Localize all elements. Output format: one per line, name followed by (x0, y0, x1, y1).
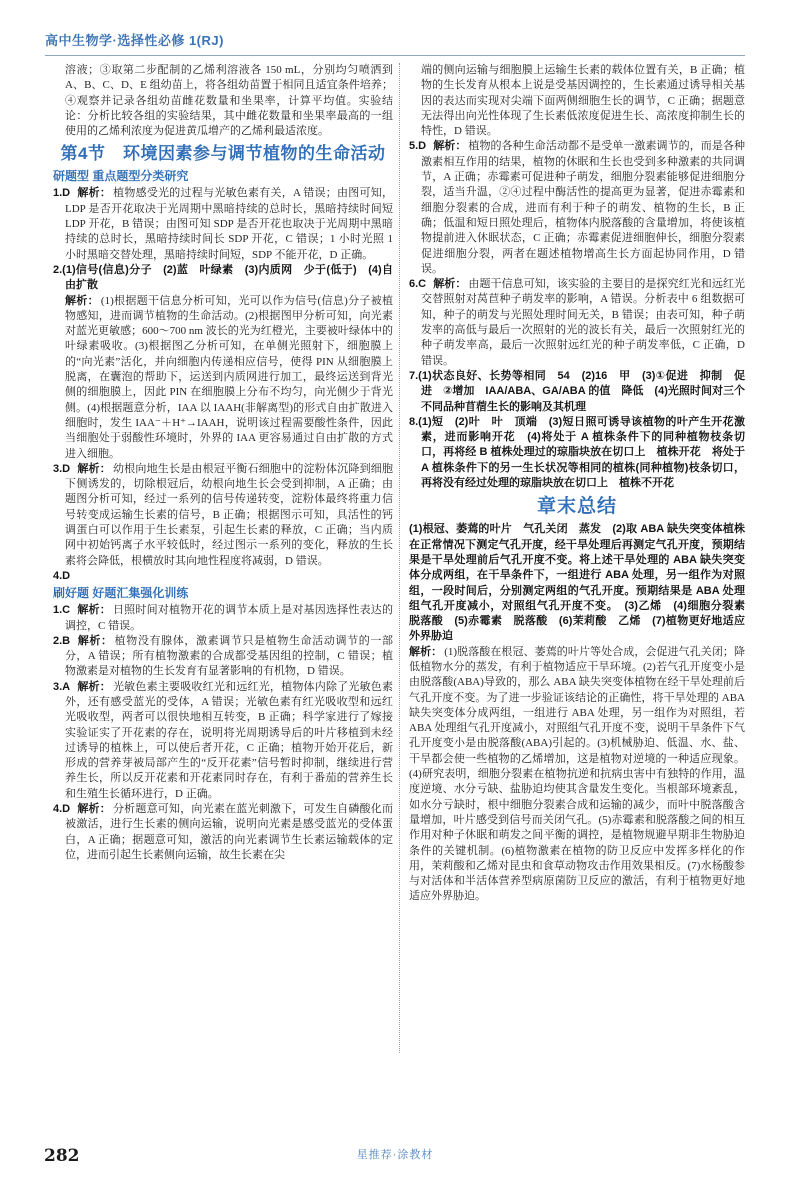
analysis-text: (1)根据题干信息分析可知，光可以作为信号(信息)分子被植物感知，进而调节植物的… (65, 295, 393, 460)
answer-head: 3.D (53, 463, 70, 475)
analysis-label: 解析： (409, 646, 442, 658)
answer-head: 8.(1)短 (2)叶 叶 顶端 (3)短日照可诱导该植物的叶产生开花激素，进而… (409, 416, 745, 489)
analysis-text: 植物感受光的过程与光敏色素有关，A 错误；由图可知，LDP 是否开花取决于光周期… (65, 187, 393, 260)
drill-item-2: 2.B解析：植物没有腺体，激素调节只是植物生命活动调节的一部分，A 错误；所有植… (53, 634, 393, 680)
analysis-text: 日照时间对植物开花的调节本质上是对基因选择性表达的调控，C 错误。 (65, 604, 393, 631)
footer-brand: 星推荐·涂教材 (0, 1146, 790, 1162)
section-title: 第4节 环境因素参与调节植物的生命活动 (53, 142, 393, 166)
continued-paragraph: 溶液；③取第二步配制的乙烯利溶液各 150 mL，分别均匀喷洒到 A、B、C、D… (53, 63, 393, 139)
subheading-yan-tixing: 研题型 重点题型分类研究 (53, 168, 393, 185)
analysis-text: 植物没有腺体，激素调节只是植物生命活动调节的一部分，A 错误；所有植物激素的合成… (65, 635, 393, 678)
answer-head: 5.D (409, 140, 426, 152)
analysis-label: 解析： (433, 140, 466, 152)
drill-item-7: 7.(1)状态良好、长势等相同 54 (2)16 甲 (3)①促进 抑制 促进 … (409, 369, 745, 415)
summary-analysis: 解析：(1)脱落酸在根冠、萎蔫的叶片等处合成，会促进气孔关闭；降低植物水分的蒸发… (409, 645, 745, 905)
answer-head: 1.C (53, 604, 70, 616)
analysis-text: 光敏色素主要吸收红光和远红光，植物体内除了光敏色素外，还有感受蓝光的受体，A 错… (65, 681, 393, 800)
answer-head: 6.C (409, 278, 426, 290)
analysis-label: 解析： (77, 681, 111, 693)
analysis-label: 解析： (433, 278, 466, 290)
answer-item-3: 3.D解析：幼根向地生长是由根冠平衡石细胞中的淀粉体沉降到细胞下侧诱发的，切除根… (53, 462, 393, 569)
textbook-page: 高中生物学·选择性必修 1(RJ) 溶液；③取第二步配制的乙烯利溶液各 150 … (0, 0, 790, 1192)
drill-item-6: 6.C解析：由题干信息可知，该实验的主要目的是探究红光和远红光交替照射对莴苣种子… (409, 277, 745, 369)
analysis-label: 解析： (77, 463, 111, 475)
drill-item-1: 1.C解析：日照时间对植物开花的调节本质上是对基因选择性表达的调控，C 错误。 (53, 603, 393, 634)
analysis-label: 解析： (77, 187, 111, 199)
analysis-text: 分析题意可知，向光素在蓝光刺激下，可发生自磷酸化而被激活，进行生长素的侧向运输，… (65, 803, 393, 861)
drill-item-3: 3.A解析：光敏色素主要吸收红光和远红光，植物体内除了光敏色素外，还有感受蓝光的… (53, 680, 393, 802)
left-column: 溶液；③取第二步配制的乙烯利溶液各 150 mL，分别均匀喷洒到 A、B、C、D… (53, 63, 400, 1053)
subheading-shua-haoti: 刷好题 好题汇集强化训练 (53, 585, 393, 602)
summary-answers: (1)根冠、萎蔫的叶片 气孔关闭 蒸发 (2)取 ABA 缺失突变体植株在正常情… (409, 522, 745, 644)
analysis-label: 解析： (65, 295, 99, 307)
header-rule (45, 55, 745, 56)
analysis-text: 植物的各种生命活动都不是受单一激素调节的，而是各种激素相互作用的结果，植物的休眠… (421, 140, 745, 274)
page-header-title: 高中生物学·选择性必修 1(RJ) (45, 30, 224, 49)
drill-item-8: 8.(1)短 (2)叶 叶 顶端 (3)短日照可诱导该植物的叶产生开花激素，进而… (409, 415, 745, 491)
answer-item-4: 4.D (53, 569, 393, 584)
analysis-text: 由题干信息可知，该实验的主要目的是探究红光和远红光交替照射对莴苣种子萌发率的影响… (421, 278, 745, 366)
answer-head: 7.(1)状态良好、长势等相同 54 (2)16 甲 (3)①促进 抑制 促进 … (409, 370, 745, 413)
chapter-summary-title: 章末总结 (409, 494, 745, 520)
analysis-label: 解析： (77, 604, 111, 616)
answer-item-2-answers: 2.(1)信号(信息)分子 (2)蓝 叶绿素 (3)内质网 少于(低于) (4)… (53, 263, 393, 294)
analysis-text: 幼根向地生长是由根冠平衡石细胞中的淀粉体沉降到细胞下侧诱发的，切除根冠后，幼根向… (65, 463, 393, 567)
right-column: 端的侧向运输与细胞膜上运输生长素的载体位置有关，B 正确；植物的生长发育从根本上… (400, 63, 745, 1053)
answer-item-2-analysis: 解析：(1)根据题干信息分析可知，光可以作为信号(信息)分子被植物感知，进而调节… (53, 294, 393, 462)
analysis-label: 解析： (77, 635, 113, 647)
answer-head: 4.D (53, 570, 70, 582)
two-column-body: 溶液；③取第二步配制的乙烯利溶液各 150 mL，分别均匀喷洒到 A、B、C、D… (53, 63, 745, 1053)
answer-head: 2.(1)信号(信息)分子 (2)蓝 叶绿素 (3)内质网 少于(低于) (4)… (53, 264, 393, 291)
drill-item-4: 4.D解析：分析题意可知，向光素在蓝光刺激下，可发生自磷酸化而被激活，进行生长素… (53, 802, 393, 863)
analysis-label: 解析： (77, 803, 111, 815)
answer-head: 1.D (53, 187, 70, 199)
answer-head: 2.B (53, 635, 70, 647)
answer-head: 4.D (53, 803, 70, 815)
answer-head: 3.A (53, 681, 70, 693)
continued-paragraph: 端的侧向运输与细胞膜上运输生长素的载体位置有关，B 正确；植物的生长发育从根本上… (409, 63, 745, 139)
answer-item-1: 1.D解析：植物感受光的过程与光敏色素有关，A 错误；由图可知，LDP 是否开花… (53, 186, 393, 262)
analysis-text: (1)脱落酸在根冠、萎蔫的叶片等处合成，会促进气孔关闭；降低植物水分的蒸发，有利… (409, 646, 745, 903)
drill-item-5: 5.D解析：植物的各种生命活动都不是受单一激素调节的，而是各种激素相互作用的结果… (409, 139, 745, 277)
